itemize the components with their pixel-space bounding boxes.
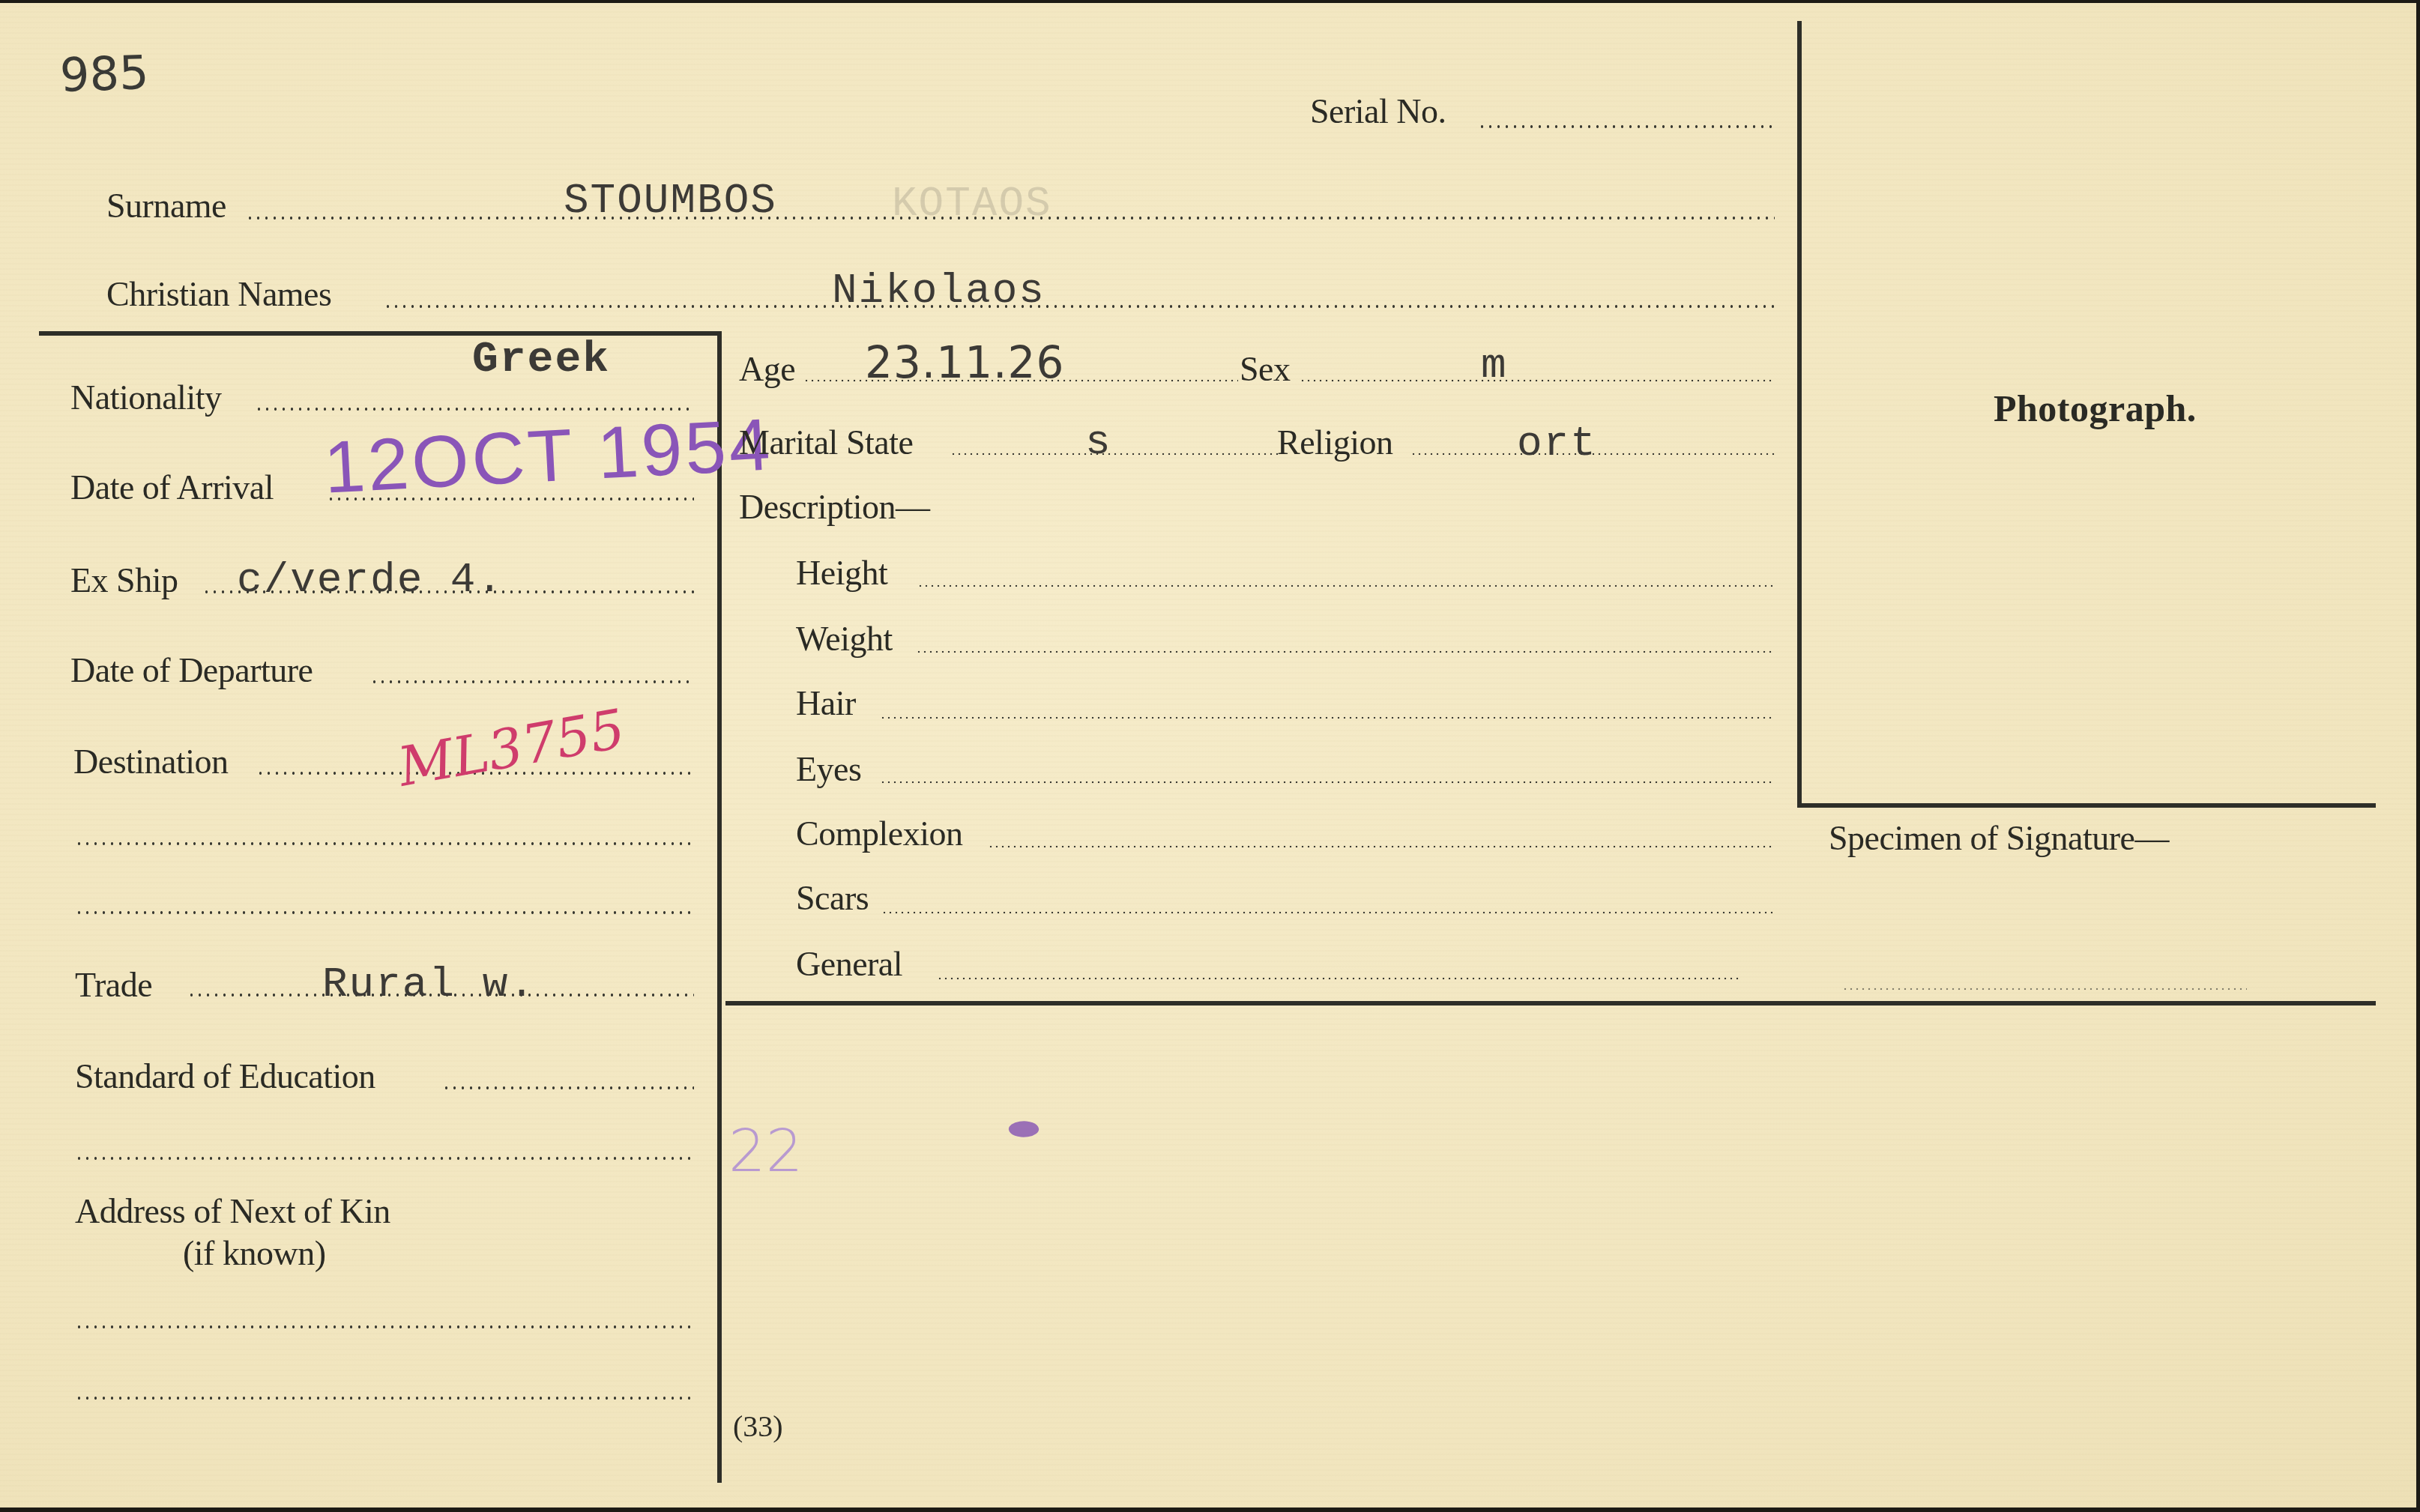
date-of-departure-field[interactable]: [370, 680, 694, 683]
nationality-value: Greek: [472, 336, 610, 384]
ex-ship-label: Ex Ship: [70, 560, 178, 600]
christian-names-label: Christian Names: [106, 274, 331, 314]
age-label: Age: [739, 349, 795, 389]
registration-card: 985 Serial No. Surname STOUMBOS KOTAOS C…: [0, 3, 2416, 1508]
education-label: Standard of Education: [75, 1056, 375, 1096]
religion-value: ort: [1517, 420, 1597, 468]
form-number: (33): [733, 1409, 783, 1444]
trade-value: Rural w.: [322, 961, 536, 1008]
date-of-arrival-stamp: 12OCT 1954: [322, 402, 774, 509]
age-value: 23.11.26: [865, 337, 1064, 388]
general-field[interactable]: [937, 977, 1739, 980]
eyes-field[interactable]: [880, 781, 1775, 784]
height-label: Height: [796, 553, 887, 593]
serial-no-field[interactable]: [1478, 125, 1775, 128]
complexion-field[interactable]: [988, 845, 1775, 848]
photograph-label: Photograph.: [1994, 387, 2197, 430]
hair-label: Hair: [796, 683, 856, 723]
destination-extra-line-2[interactable]: [75, 911, 694, 914]
next-of-kin-line-1[interactable]: [75, 1325, 694, 1328]
handwritten-card-number: 985: [59, 45, 150, 103]
column-divider: [717, 331, 722, 1483]
destination-extra-line-1[interactable]: [75, 842, 694, 845]
height-field[interactable]: [917, 584, 1775, 587]
scars-label: Scars: [796, 878, 869, 918]
religion-label: Religion: [1277, 423, 1392, 462]
serial-no-label: Serial No.: [1310, 91, 1446, 131]
next-of-kin-line-2[interactable]: [75, 1397, 694, 1400]
sex-value: m: [1481, 342, 1508, 390]
nationality-label: Nationality: [70, 378, 221, 417]
sex-label: Sex: [1240, 349, 1291, 389]
destination-label: Destination: [73, 742, 229, 781]
next-of-kin-sublabel: (if known): [183, 1233, 325, 1273]
eyes-label: Eyes: [796, 749, 861, 789]
pencil-note: 22: [728, 1118, 803, 1185]
left-block-top-rule: [39, 331, 721, 336]
signature-field[interactable]: [1842, 988, 2247, 991]
marital-state-value: s: [1085, 418, 1112, 466]
complexion-label: Complexion: [796, 814, 962, 853]
trade-label: Trade: [75, 965, 152, 1005]
ex-ship-value: c/verde 4.: [237, 556, 504, 604]
weight-label: Weight: [796, 619, 893, 659]
ink-blot: [1008, 1119, 1040, 1139]
education-field[interactable]: [442, 1086, 694, 1089]
christian-names-value: Nikolaos: [832, 267, 1045, 315]
surname-value: STOUMBOS: [564, 177, 777, 225]
signature-label: Specimen of Signature—: [1829, 818, 2169, 858]
next-of-kin-label: Address of Next of Kin: [75, 1191, 390, 1231]
date-of-departure-label: Date of Departure: [70, 650, 313, 690]
marital-state-field[interactable]: [950, 453, 1279, 456]
sex-field[interactable]: [1300, 379, 1775, 382]
surname-label: Surname: [106, 186, 226, 226]
photo-box-bottom-rule: [1797, 803, 2376, 808]
weight-field[interactable]: [916, 650, 1775, 653]
marital-state-label: Marital State: [739, 423, 913, 462]
surname-faint-overlay: KOTAOS: [892, 180, 1052, 228]
hair-field[interactable]: [880, 716, 1775, 719]
date-of-arrival-label: Date of Arrival: [70, 468, 274, 507]
scars-field[interactable]: [881, 911, 1775, 914]
education-extra-line[interactable]: [75, 1157, 694, 1160]
destination-value: ML3755: [393, 697, 630, 799]
description-bottom-rule: [725, 1001, 2376, 1006]
description-label: Description—: [739, 487, 930, 527]
christian-names-field[interactable]: [384, 305, 1775, 308]
general-label: General: [796, 944, 902, 984]
